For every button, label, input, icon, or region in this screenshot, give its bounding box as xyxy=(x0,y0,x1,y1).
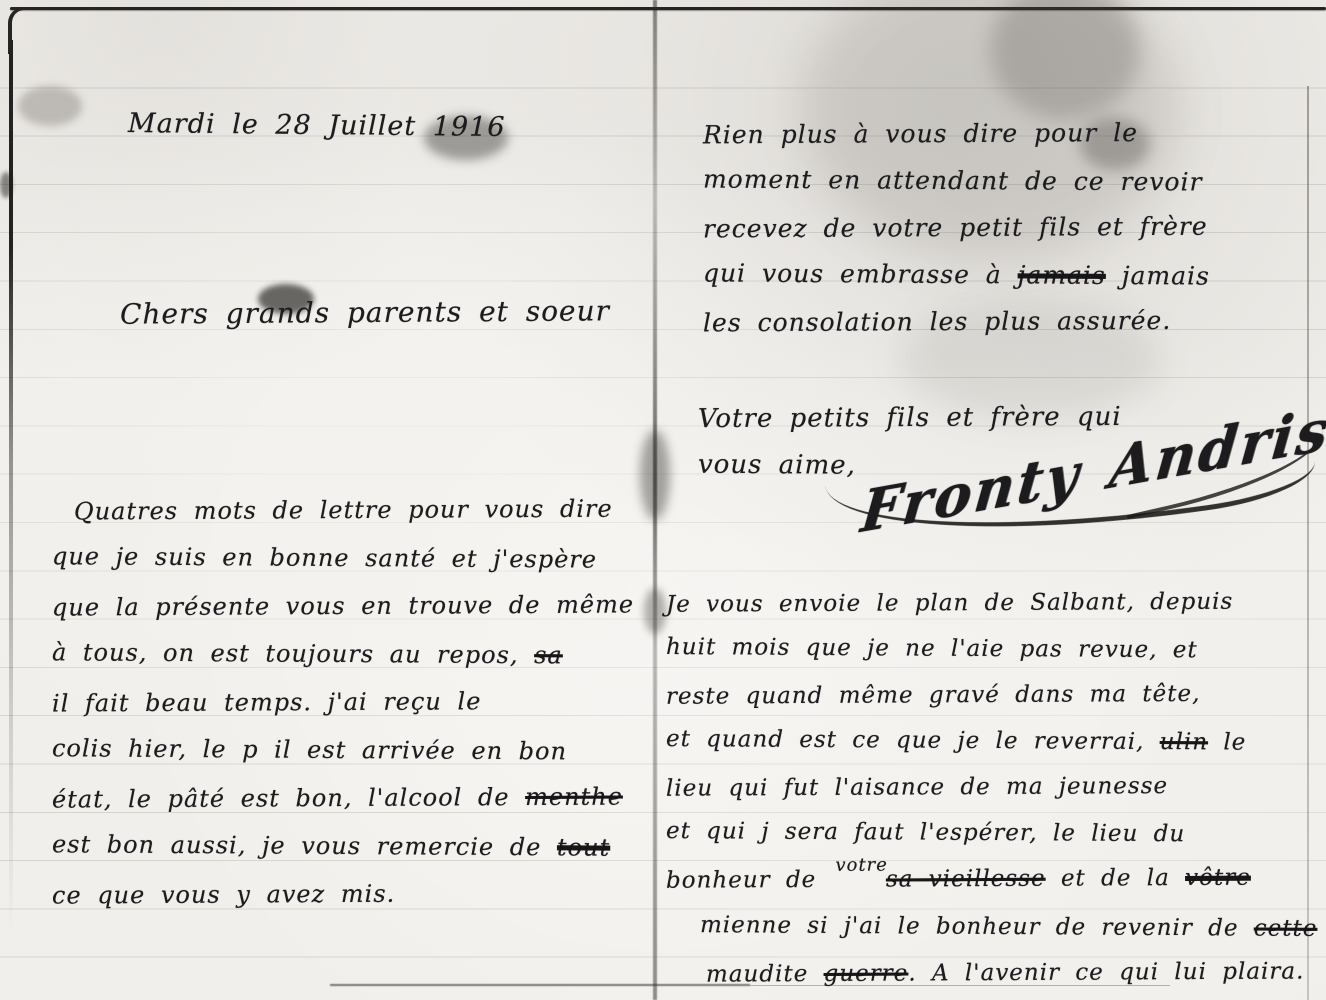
salutation: Chers grands parents et soeur xyxy=(120,294,610,330)
struck-word: guerre xyxy=(824,961,909,987)
word-segment: mienne si j'ai le bonheur de revenir de xyxy=(700,912,1254,941)
letter-scan: Mardi le 28 Juillet 1916 Chers grands pa… xyxy=(0,0,1326,1000)
letter-line: Rien plus à vous dire pour le xyxy=(703,109,1210,159)
struck-word: vôtre xyxy=(1185,865,1251,891)
letter-line: colis hier, le p il est arrivée en bon xyxy=(52,724,634,776)
letter-line: que la présente vous en trouve de même xyxy=(52,580,634,631)
word-segment: Je vous envoie le plan de Salbant, depui… xyxy=(666,589,1233,618)
letter-line: à tous, on est toujours au repos, sa xyxy=(52,628,634,680)
letter-line: reste quand même gravé dans ma tête, xyxy=(666,670,1318,719)
word-segment: colis hier, le p il est arrivée en bon xyxy=(52,734,567,765)
struck-word: menthe xyxy=(525,783,623,812)
letter-line: qui vous embrasse à jamais jamais xyxy=(703,249,1210,299)
letter-line: est bon aussi, je vous remercie de tout xyxy=(52,820,634,872)
letter-line: bonheur de votresa vieillesse et de la v… xyxy=(666,854,1318,905)
word-segment: et qui j sera faut l'espérer, le lieu du xyxy=(666,818,1185,847)
struck-word: sa vieillesse xyxy=(886,866,1046,893)
word-segment: qui vous embrasse à xyxy=(703,258,1018,289)
word-segment: état, le pâté est bon, l'alcool de xyxy=(52,783,525,813)
ink-smudge xyxy=(18,86,82,126)
word-segment: huit mois que je ne l'aie pas revue, et xyxy=(666,634,1198,663)
letter-line: Je vous envoie le plan de Salbant, depui… xyxy=(666,578,1318,627)
scan-edge-corner xyxy=(8,7,56,54)
struck-word: jamais xyxy=(1018,260,1106,290)
word-segment: recevez de votre petit fils et frère xyxy=(703,212,1208,244)
letter-line: recevez de votre petit fils et frère xyxy=(703,203,1210,253)
word-segment: les consolation les plus assurée. xyxy=(703,306,1171,337)
word-segment: Rien plus à vous dire pour le xyxy=(703,118,1138,149)
letter-line: huit mois que je ne l'aie pas revue, et xyxy=(666,624,1318,674)
letter-line: Quatres mots de lettre pour vous dire xyxy=(74,485,634,536)
word-segment: jamais xyxy=(1106,261,1210,291)
right-page-paragraph-2: Je vous envoie le plan de Salbant, depui… xyxy=(666,580,1317,996)
scan-edge-left xyxy=(9,40,13,980)
word-segment: est bon aussi, je vous remercie de xyxy=(52,830,557,861)
word-segment: reste quand même gravé dans ma tête, xyxy=(666,681,1201,710)
word-segment: moment en attendant de ce revoir xyxy=(703,164,1203,196)
letter-line: et quand est ce que je le reverrai, ulin… xyxy=(666,716,1318,766)
letter-line: et qui j sera faut l'espérer, le lieu du xyxy=(666,808,1318,858)
word-segment: à tous, on est toujours au repos, xyxy=(52,638,534,669)
letter-line: maudite guerre. A l'avenir ce qui lui pl… xyxy=(706,948,1318,997)
word-segment: et quand est ce que je le reverrai, xyxy=(666,726,1160,755)
letter-line: état, le pâté est bon, l'alcool de menth… xyxy=(52,772,634,823)
letter-line: les consolation les plus assurée. xyxy=(703,297,1210,347)
struck-word: sa xyxy=(534,641,563,669)
letter-line: ce que vous y avez mis. xyxy=(52,868,634,919)
word-segment: lieu qui fut l'aisance de ma jeunesse xyxy=(666,773,1168,802)
word-segment: que la présente vous en trouve de même xyxy=(52,590,634,621)
letter-line: mienne si j'ai le bonheur de revenir de … xyxy=(700,902,1318,952)
word-segment: ce que vous y avez mis. xyxy=(52,880,395,910)
word-segment: Quatres mots de lettre pour vous dire xyxy=(74,495,613,526)
scan-edge-top xyxy=(10,7,1326,10)
letter-line: lieu qui fut l'aisance de ma jeunesse xyxy=(666,762,1318,811)
left-page-body: Quatres mots de lettre pour vous direque… xyxy=(52,486,634,918)
word-segment: . A l'avenir ce qui lui plaira. xyxy=(908,958,1304,986)
struck-word: ulin xyxy=(1160,729,1209,755)
right-page-paragraph-1: Rien plus à vous dire pour lemoment en a… xyxy=(703,110,1210,345)
photocopy-shadow xyxy=(990,0,1140,120)
page-fold xyxy=(653,0,657,1000)
word-segment: que je suis en bonne santé et j'espère xyxy=(52,542,597,573)
struck-word: cette xyxy=(1254,915,1318,941)
word-segment: et de la xyxy=(1046,865,1186,892)
struck-word: tout xyxy=(557,833,610,861)
letter-line: il fait beau temps. j'ai reçu le xyxy=(52,676,634,727)
letter-line: que je suis en bonne santé et j'espère xyxy=(52,532,634,584)
inserted-word: votre xyxy=(835,843,888,889)
date-line: Mardi le 28 Juillet 1916 xyxy=(128,108,506,143)
word-segment: le xyxy=(1208,729,1246,755)
word-segment: maudite xyxy=(706,961,824,988)
letter-line: moment en attendant de ce revoir xyxy=(703,155,1210,205)
word-segment: il fait beau temps. j'ai reçu le xyxy=(52,687,482,717)
word-segment: bonheur de xyxy=(666,867,832,894)
